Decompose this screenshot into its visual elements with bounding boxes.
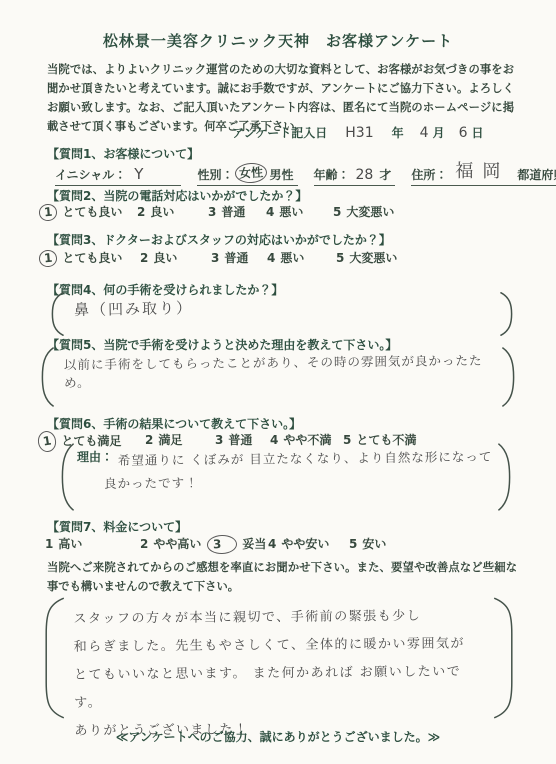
pencil-circle-gender: 女性 <box>235 162 268 184</box>
q2-option-2-label: 良い <box>150 205 174 219</box>
pencil-circle-q3: 1 <box>38 249 58 268</box>
q6-option-2: 2満足 <box>145 431 182 448</box>
feedback-answer-handwriting: スタッフの方々が本当に親切で、手術前の緊張も少し 和らぎました。先生もやさしくて… <box>73 602 484 746</box>
address-field: 住所： 福岡 都道府県 <box>411 157 556 186</box>
q5-header: 【質問5、当院で手術を受けようと決めた理由を教えて下さい。】 <box>47 336 397 353</box>
pencil-circle-q2: 1 <box>38 203 58 222</box>
q2-option-3: 3普通 <box>208 203 245 220</box>
page-title: 松林景一美容クリニック天神 お客様アンケート <box>0 30 556 51</box>
q2-option-4-label: 悪い <box>279 205 303 219</box>
survey-scan-page: 松林景一美容クリニック天神 お客様アンケート 当院では、よりよいクリニック運営の… <box>0 0 556 764</box>
q6-bracket-right <box>496 443 512 511</box>
q3-option-5: 5大変悪い <box>336 249 397 266</box>
q5-bracket-right <box>500 347 516 407</box>
q6-option-4: 4やや不満 <box>270 431 331 448</box>
q6-option-3: 3普通 <box>215 431 252 448</box>
q3-option-4: 4悪い <box>267 249 304 266</box>
q3-option-2: 2良い <box>140 249 177 266</box>
q4-answer-handwriting: 鼻（凹み取り） <box>74 297 193 320</box>
q2-options-row: 1とても良い 2良い 3普通 4悪い 5大変悪い <box>0 203 556 223</box>
age-label: 年齢： <box>314 166 350 183</box>
q3-option-2-label: 良い <box>153 251 177 265</box>
q2-option-1-label: とても良い <box>62 205 122 219</box>
feedback-bracket-right <box>492 597 514 719</box>
q2-option-4: 4悪い <box>266 203 303 220</box>
q2-header: 【質問2、当院の電話対応はいかがでしたか？】 <box>47 187 307 204</box>
q3-option-1-label: とても良い <box>62 251 122 265</box>
address-label: 住所： <box>411 166 447 183</box>
survey-date-line: アンケート記入日 H31 年 4 月 6 日 <box>232 124 484 141</box>
address-value: 福岡 <box>455 157 509 183</box>
q3-option-5-label: 大変悪い <box>349 251 397 265</box>
gender-option-female: 女性 <box>239 165 264 180</box>
age-value: 28 <box>356 167 374 183</box>
q7-option-3-label: 妥当 <box>242 537 266 551</box>
q6-option-3-label: 普通 <box>228 433 252 447</box>
q4-header: 【質問4、何の手術を受けられましたか？】 <box>47 281 283 298</box>
q7-option-5: 5安い <box>349 535 386 552</box>
q2-option-5: 5大変悪い <box>333 203 394 220</box>
pencil-circle-q6: 1 <box>36 430 57 454</box>
feedback-prompt: 当院へご来院されてからのご感想を率直にお聞かせ下さい。また、要望や改善点など些細… <box>47 559 517 597</box>
q5-answer-handwriting: 以前に手術をしてもらったことがあり、その時の雰囲気が良かったため。 <box>64 351 484 391</box>
q1-answer-row: イニシャル： Y 性別： 女性 男性 年齢： 28 才 住所： 福岡 都道府県 <box>55 157 556 186</box>
gender-option-male: 男性 <box>269 166 293 183</box>
q2-option-1: 1とても良い <box>45 203 122 221</box>
q3-options-row: 1とても良い 2良い 3普通 4悪い 5大変悪い <box>0 249 556 269</box>
q2-option-2: 2良い <box>137 203 174 220</box>
initial-label: イニシャル： <box>55 166 126 183</box>
date-year-unit: 年 <box>392 124 404 141</box>
gender-field: 性別： 女性 男性 <box>197 163 297 186</box>
gender-label: 性別： <box>197 166 233 183</box>
q6-option-4-label: やや不満 <box>283 433 331 447</box>
q2-option-3-label: 普通 <box>221 205 245 219</box>
q4-bracket-left <box>50 292 66 336</box>
q2-option-5-label: 大変悪い <box>346 205 394 219</box>
date-month-unit: 月 <box>433 124 445 141</box>
q3-option-4-label: 悪い <box>280 251 304 265</box>
q7-option-2: 2やや高い <box>140 535 201 552</box>
q7-options-row: 1高い 2やや高い 3妥当 4やや安い 5安い <box>0 535 556 555</box>
q7-option-1-label: 高い <box>58 537 82 551</box>
initial-field: イニシャル： Y <box>55 165 181 186</box>
q3-option-3: 3普通 <box>211 249 248 266</box>
footer-thanks: ≪アンケートへのご協力、誠にありがとうございました。≫ <box>0 728 556 745</box>
q6-bracket-left <box>60 443 76 511</box>
q7-option-1: 1高い <box>45 535 82 552</box>
feedback-bracket-left <box>44 597 66 719</box>
date-label: アンケート記入日 <box>232 124 327 141</box>
age-field: 年齢： 28 才 <box>314 166 396 186</box>
q7-header: 【質問7、料金について】 <box>47 518 187 535</box>
q7-option-4-label: やや安い <box>281 537 329 551</box>
date-month-value: 4 <box>420 125 429 141</box>
q3-header: 【質問3、ドクターおよびスタッフの対応はいかがでしたか？】 <box>47 231 391 248</box>
q3-option-3-label: 普通 <box>224 251 248 265</box>
date-day-value: 6 <box>459 125 468 141</box>
q5-bracket-left <box>40 347 56 407</box>
age-unit: 才 <box>379 166 391 183</box>
q7-option-4: 4やや安い <box>268 535 329 552</box>
q7-option-2-label: やや高い <box>153 537 201 551</box>
initial-value: Y <box>134 165 143 183</box>
date-day-unit: 日 <box>472 124 484 141</box>
q6-reason-handwriting: 希望通りに くぼみが 目立たなくなり、より自然な形になって 良かったです！ <box>104 445 494 495</box>
q6-option-2-label: 満足 <box>158 433 182 447</box>
q7-option-3: 3妥当 <box>213 535 266 554</box>
q4-bracket-right <box>498 292 514 336</box>
q6-header: 【質問6、手術の結果について教えて下さい。】 <box>47 415 301 432</box>
q3-option-1: 1とても良い <box>45 249 122 267</box>
address-unit: 都道府県 <box>517 166 556 183</box>
q7-option-5-label: 安い <box>362 537 386 551</box>
date-year-value: H31 <box>345 125 373 141</box>
pencil-circle-q7: 3 <box>207 534 238 554</box>
